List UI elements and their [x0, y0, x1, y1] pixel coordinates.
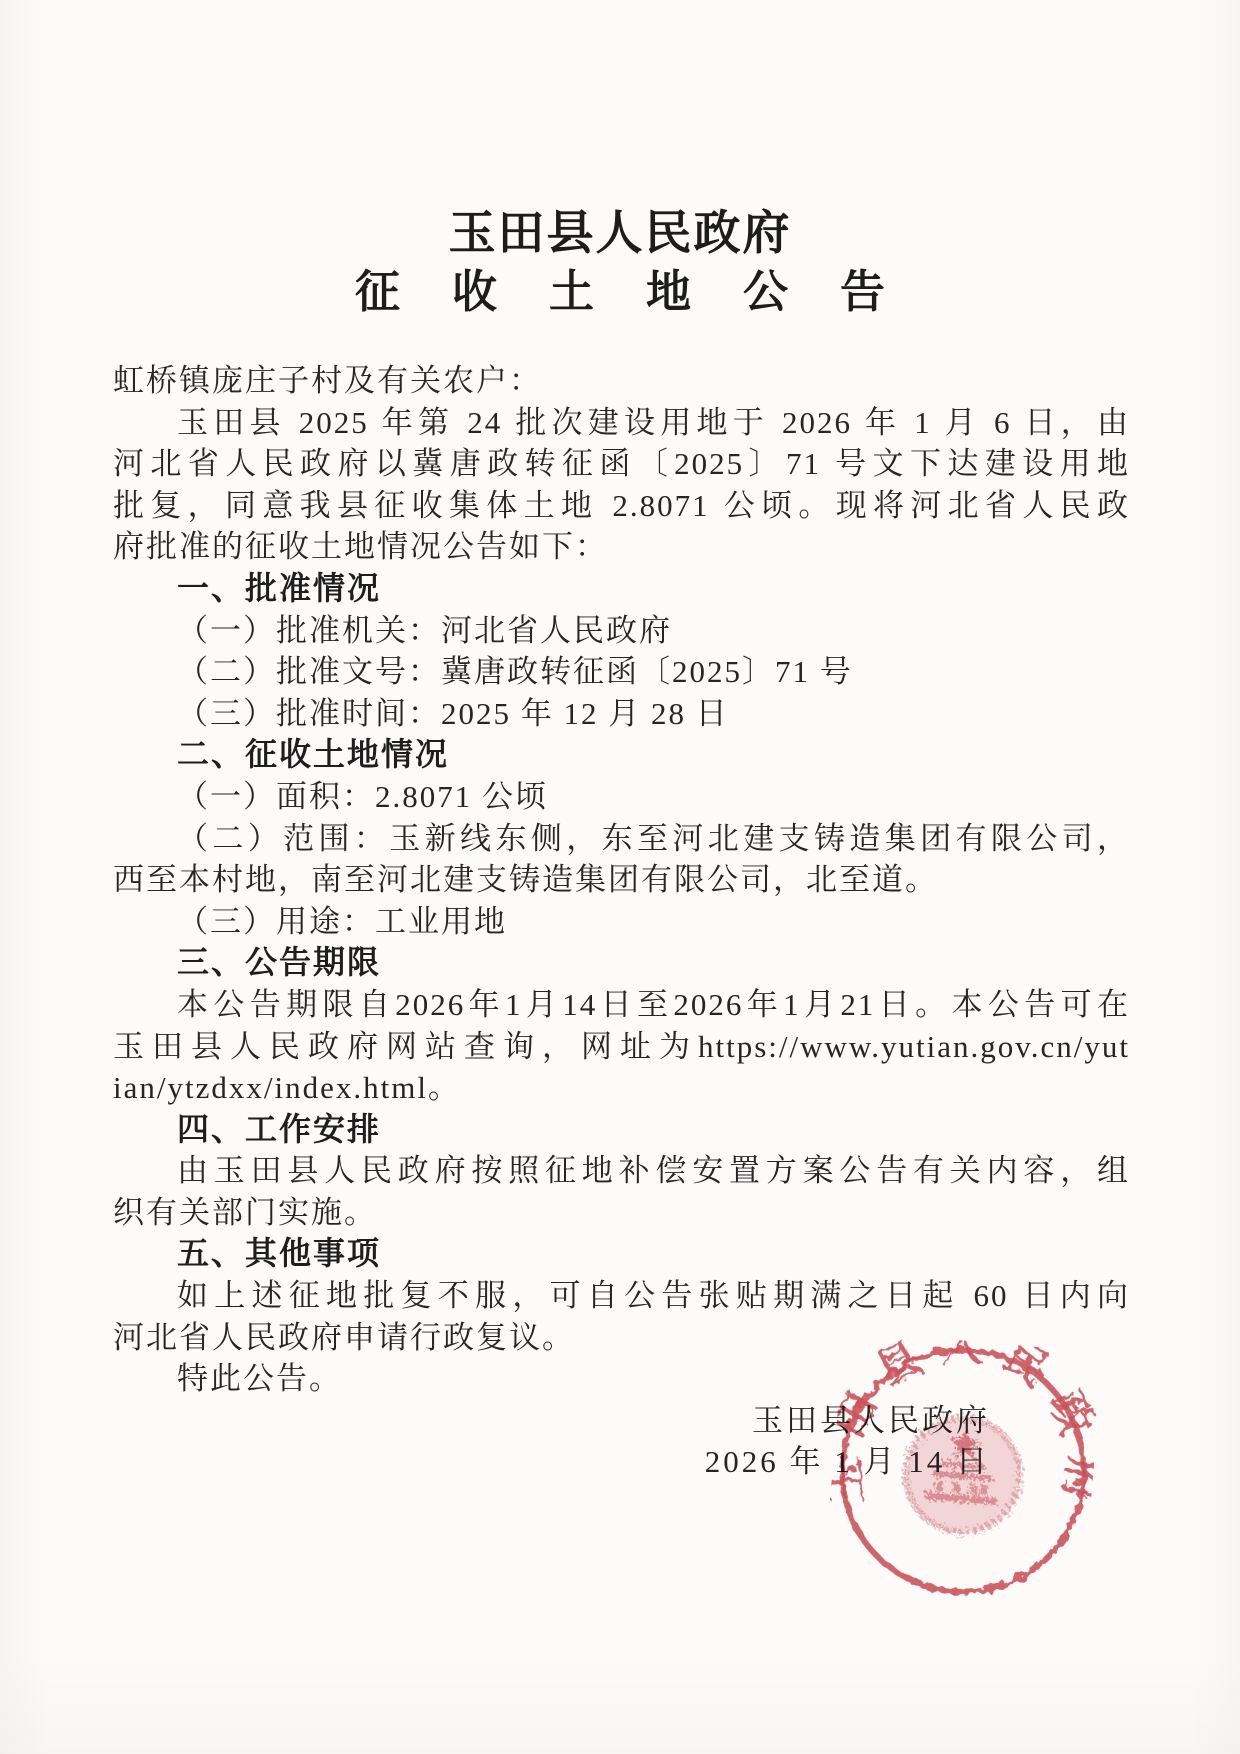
document-line: （一）面积：2.8071 公顷 — [113, 776, 1130, 818]
document-line: 玉田县 2025 年第 24 批次建设用地于 2026 年 1 月 6 日，由 — [113, 402, 1130, 444]
official-seal: 玉田县人民政府 — [822, 1330, 1104, 1612]
document-line: 一、批准情况 — [113, 568, 1130, 610]
document-line: 二、征收土地情况 — [113, 734, 1130, 776]
document-line: 河北省人民政府以冀唐政转征函〔2025〕71 号文下达建设用地 — [113, 443, 1130, 485]
document-line: 织有关部门实施。 — [113, 1192, 1130, 1234]
document-line: （一）批准机关：河北省人民政府 — [113, 610, 1130, 652]
document-line: 三、公告期限 — [113, 942, 1130, 984]
document-lines: 虹桥镇庞庄子村及有关农户：玉田县 2025 年第 24 批次建设用地于 2026… — [113, 360, 1130, 1400]
document-line: 四、工作安排 — [113, 1109, 1130, 1151]
document-header: 玉田县人民政府 征收土地公告 — [0, 206, 1240, 318]
document-body: 虹桥镇庞庄子村及有关农户：玉田县 2025 年第 24 批次建设用地于 2026… — [113, 360, 1130, 1483]
national-emblem-icon — [900, 1412, 1026, 1538]
document-line: （三）批准时间：2025 年 12 月 28 日 — [113, 693, 1130, 735]
document-line: 由玉田县人民政府按照征地补偿安置方案公告有关内容，组 — [113, 1150, 1130, 1192]
org-title: 玉田县人民政府 — [0, 206, 1240, 260]
document-line: （二）范围：玉新线东侧，东至河北建支铸造集团有限公司， — [113, 818, 1130, 860]
document-line: 西至本村地，南至河北建支铸造集团有限公司，北至道。 — [113, 859, 1130, 901]
document-line: （三）用途：工业用地 — [113, 901, 1130, 943]
document-line: 如上述征地批复不服，可自公告张贴期满之日起 60 日内向 — [113, 1275, 1130, 1317]
document-line: （二）批准文号：冀唐政转征函〔2025〕71 号 — [113, 651, 1130, 693]
document-line: 府批准的征收土地情况公告如下： — [113, 526, 1130, 568]
document-line: 玉田县人民政府网站查询，网址为https://www.yutian.gov.cn… — [113, 1026, 1130, 1068]
announcement-page: 玉田县人民政府 征收土地公告 虹桥镇庞庄子村及有关农户：玉田县 2025 年第 … — [0, 0, 1240, 1754]
document-line: 五、其他事项 — [113, 1233, 1130, 1275]
document-line: 虹桥镇庞庄子村及有关农户： — [113, 360, 1130, 402]
doc-title: 征收土地公告 — [0, 266, 1240, 318]
document-line: 批复，同意我县征收集体土地 2.8071 公顷。现将河北省人民政 — [113, 485, 1130, 527]
document-line: 本公告期限自2026年1月14日至2026年1月21日。本公告可在 — [113, 984, 1130, 1026]
document-line: ian/ytzdxx/index.html。 — [113, 1067, 1130, 1109]
